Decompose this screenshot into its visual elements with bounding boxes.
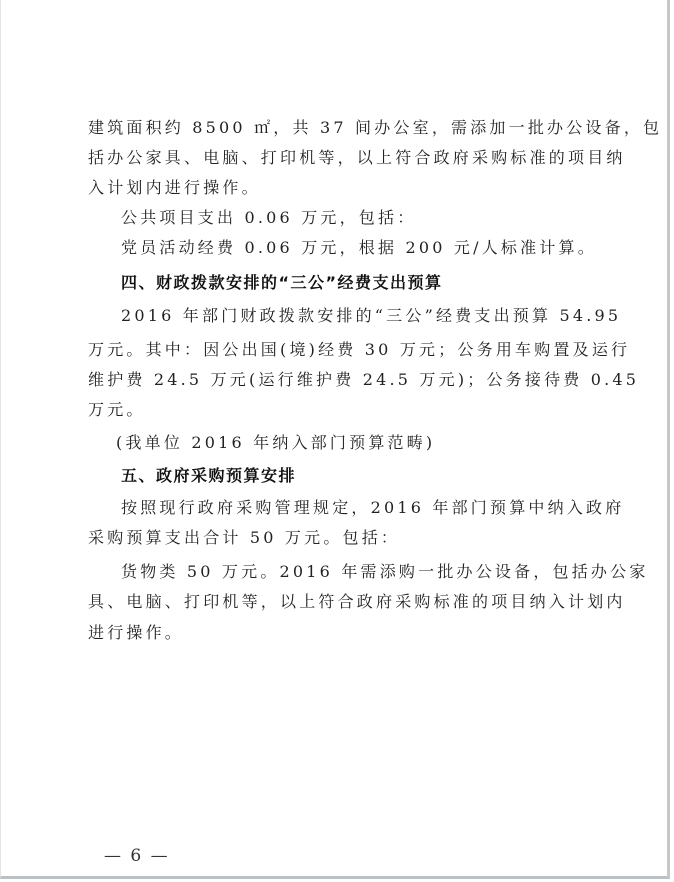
text-line: 公共项目支出 0.06 万元，包括： bbox=[121, 208, 588, 228]
text-line: 万元。其中：因公出国(境)经费 30 万元；公务用车购置及运行 bbox=[88, 340, 588, 360]
text-line: 入计划内进行操作。 bbox=[88, 178, 588, 198]
text-line: 具、电脑、打印机等，以上符合政府采购标准的项目纳入计划内 bbox=[88, 592, 588, 612]
text-line: 建筑面积约 8500 ㎡，共 37 间办公室，需添加一批办公设备，包 bbox=[88, 118, 588, 138]
document-page: 建筑面积约 8500 ㎡，共 37 间办公室，需添加一批办公设备，包 括办公家具… bbox=[0, 0, 670, 879]
text-line: 括办公家具、电脑、打印机等，以上符合政府采购标准的项目纳 bbox=[88, 148, 588, 168]
text-line: 进行操作。 bbox=[88, 623, 588, 643]
text-line: 维护费 24.5 万元(运行维护费 24.5 万元)；公务接待费 0.45 bbox=[88, 370, 588, 390]
text-line: 按照现行政府采购管理规定，2016 年部门预算中纳入政府 bbox=[121, 498, 588, 518]
page-number: — 6 — bbox=[104, 846, 170, 866]
note-line: (我单位 2016 年纳入部门预算范畴) bbox=[116, 433, 583, 453]
section-heading-five: 五、政府采购预算安排 bbox=[121, 466, 588, 486]
text-line: 货物类 50 万元。2016 年需添购一批办公设备，包括办公家 bbox=[121, 562, 588, 582]
text-line: 万元。 bbox=[88, 400, 588, 420]
text-line: 党员活动经费 0.06 万元，根据 200 元/人标准计算。 bbox=[121, 238, 588, 258]
section-heading-four: 四、财政拨款安排的“三公”经费支出预算 bbox=[121, 273, 588, 293]
text-line: 2016 年部门财政拨款安排的“三公”经费支出预算 54.95 bbox=[121, 306, 588, 326]
text-line: 采购预算支出合计 50 万元。包括： bbox=[88, 528, 588, 548]
